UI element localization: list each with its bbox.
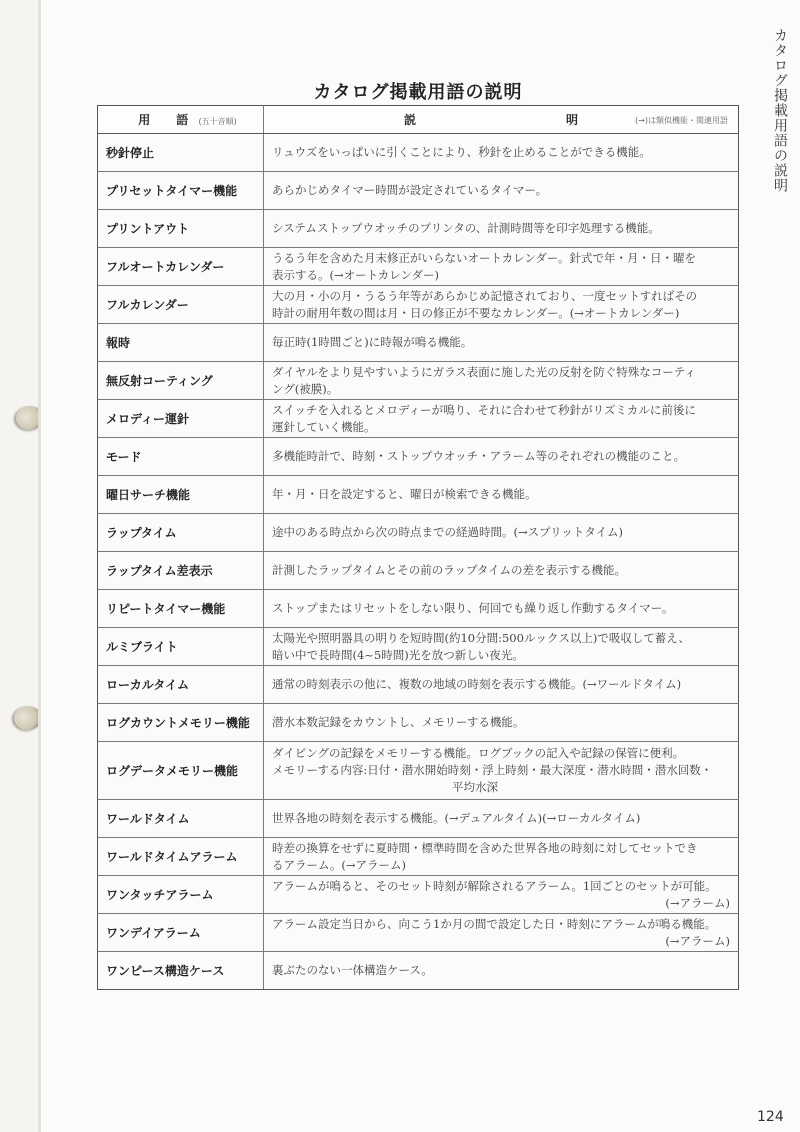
term-cell: 曜日サーチ機能 (98, 476, 264, 514)
description-line: 途中のある時点から次の時点までの経過時間。(→スプリットタイム) (272, 524, 730, 541)
description-cell: 時差の換算をせずに夏時間・標準時間を含めた世界各地の時刻に対してセットできるアラ… (264, 838, 739, 876)
description-line: ダイヤルをより見やすいようにガラス表面に施した光の反射を防ぐ特殊なコーティ (272, 364, 730, 381)
term-cell: モード (98, 438, 264, 476)
table-row: プリントアウトシステムストップウオッチのプリンタの、計測時間等を印字処理する機能… (98, 210, 739, 248)
description-line: 時計の耐用年数の間は月・日の修正が不要なカレンダー。(→オートカレンダー) (272, 305, 730, 322)
description-cell: 多機能時計で、時刻・ストップウオッチ・アラーム等のそれぞれの機能のこと。 (264, 438, 739, 476)
binder-strip (0, 0, 38, 1132)
table-header-row: 用語 (五十音順) 説明 (→)は類似機能・関連用語 (98, 106, 739, 134)
table-row: ログデータメモリー機能ダイビングの記録をメモリーする機能。ログブックの記入や記録… (98, 742, 739, 800)
side-index-tab: カタログ掲載用語の説明 (770, 28, 790, 193)
table-row: ワールドタイム世界各地の時刻を表示する機能。(→デュアルタイム)(→ローカルタイ… (98, 800, 739, 838)
term-cell: プリントアウト (98, 210, 264, 248)
description-line: (→アラーム) (272, 933, 730, 950)
table-row: ログカウントメモリー機能潜水本数記録をカウントし、メモリーする機能。 (98, 704, 739, 742)
description-line: システムストップウオッチのプリンタの、計測時間等を印字処理する機能。 (272, 220, 730, 237)
page-title: カタログ掲載用語の説明 (0, 78, 800, 104)
table-row: 報時毎正時(1時間ごと)に時報が鳴る機能。 (98, 324, 739, 362)
table-row: ルミブライト太陽光や照明器具の明りを短時間(約10分間:500ルックス以上)で吸… (98, 628, 739, 666)
description-cell: アラームが鳴ると、そのセット時刻が解除されるアラーム。1回ごとのセットが可能。(… (264, 876, 739, 914)
term-cell: ログデータメモリー機能 (98, 742, 264, 800)
term-cell: ルミブライト (98, 628, 264, 666)
table-row: メロディー運針スイッチを入れるとメロディーが鳴り、それに合わせて秒針がリズミカル… (98, 400, 739, 438)
description-line: るアラーム。(→アラーム) (272, 857, 730, 874)
description-line: 暗い中で長時間(4~5時間)光を放つ新しい夜光。 (272, 647, 730, 664)
description-line: ストップまたはリセットをしない限り、何回でも繰り返し作動するタイマー。 (272, 600, 730, 617)
description-line: 年・月・日を設定すると、曜日が検索できる機能。 (272, 486, 730, 503)
description-line: うるう年を含めた月末修正がいらないオートカレンダー。針式で年・月・日・曜を (272, 250, 730, 267)
table-row: フルカレンダー大の月・小の月・うるう年等があらかじめ記憶されており、一度セットす… (98, 286, 739, 324)
term-cell: ワンタッチアラーム (98, 876, 264, 914)
description-cell: 年・月・日を設定すると、曜日が検索できる機能。 (264, 476, 739, 514)
table-row: 曜日サーチ機能年・月・日を設定すると、曜日が検索できる機能。 (98, 476, 739, 514)
table-row: ローカルタイム通常の時刻表示の他に、複数の地域の時刻を表示する機能。(→ワールド… (98, 666, 739, 704)
table-row: ワンタッチアラームアラームが鳴ると、そのセット時刻が解除されるアラーム。1回ごと… (98, 876, 739, 914)
table-row: プリセットタイマー機能あらかじめタイマー時間が設定されているタイマー。 (98, 172, 739, 210)
description-cell: うるう年を含めた月末修正がいらないオートカレンダー。針式で年・月・日・曜を表示す… (264, 248, 739, 286)
term-cell: ラップタイム (98, 514, 264, 552)
term-cell: フルカレンダー (98, 286, 264, 324)
description-cell: 途中のある時点から次の時点までの経過時間。(→スプリットタイム) (264, 514, 739, 552)
description-cell: 通常の時刻表示の他に、複数の地域の時刻を表示する機能。(→ワールドタイム) (264, 666, 739, 704)
description-cell: 毎正時(1時間ごと)に時報が鳴る機能。 (264, 324, 739, 362)
term-cell: ワールドタイムアラーム (98, 838, 264, 876)
description-line: 表示する。(→オートカレンダー) (272, 267, 730, 284)
table-row: ワンデイアラームアラーム設定当日から、向こう1か月の間で設定した日・時刻にアラー… (98, 914, 739, 952)
description-line: 時差の換算をせずに夏時間・標準時間を含めた世界各地の時刻に対してセットでき (272, 840, 730, 857)
term-cell: ログカウントメモリー機能 (98, 704, 264, 742)
description-line: 潜水本数記録をカウントし、メモリーする機能。 (272, 714, 730, 731)
description-line: 大の月・小の月・うるう年等があらかじめ記憶されており、一度セットすればその (272, 288, 730, 305)
description-line: リュウズをいっぱいに引くことにより、秒針を止めることができる機能。 (272, 144, 730, 161)
table-row: 秒針停止リュウズをいっぱいに引くことにより、秒針を止めることができる機能。 (98, 134, 739, 172)
description-line: メモリーする内容:日付・潜水開始時刻・浮上時刻・最大深度・潜水時間・潜水回数・ (272, 762, 730, 779)
table-row: ラップタイム途中のある時点から次の時点までの経過時間。(→スプリットタイム) (98, 514, 739, 552)
description-line: ング(被膜)。 (272, 381, 730, 398)
term-cell: プリセットタイマー機能 (98, 172, 264, 210)
term-cell: ローカルタイム (98, 666, 264, 704)
description-line: アラーム設定当日から、向こう1か月の間で設定した日・時刻にアラームが鳴る機能。 (272, 916, 730, 933)
description-line: 通常の時刻表示の他に、複数の地域の時刻を表示する機能。(→ワールドタイム) (272, 676, 730, 693)
glossary-body: 秒針停止リュウズをいっぱいに引くことにより、秒針を止めることができる機能。プリセ… (98, 134, 739, 990)
description-cell: 計測したラップタイムとその前のラップタイムの差を表示する機能。 (264, 552, 739, 590)
column-header-description: 説明 (→)は類似機能・関連用語 (264, 106, 739, 134)
description-cell: ダイヤルをより見やすいようにガラス表面に施した光の反射を防ぐ特殊なコーティング(… (264, 362, 739, 400)
description-cell: スイッチを入れるとメロディーが鳴り、それに合わせて秒針がリズミカルに前後に運針し… (264, 400, 739, 438)
description-cell: 太陽光や照明器具の明りを短時間(約10分間:500ルックス以上)で吸収して蓄え、… (264, 628, 739, 666)
description-line: 太陽光や照明器具の明りを短時間(約10分間:500ルックス以上)で吸収して蓄え、 (272, 630, 730, 647)
description-cell: ストップまたはリセットをしない限り、何回でも繰り返し作動するタイマー。 (264, 590, 739, 628)
description-cell: システムストップウオッチのプリンタの、計測時間等を印字処理する機能。 (264, 210, 739, 248)
table-row: ワンピース構造ケース裏ぶたのない一体構造ケース。 (98, 952, 739, 990)
term-cell: ラップタイム差表示 (98, 552, 264, 590)
description-line: 多機能時計で、時刻・ストップウオッチ・アラーム等のそれぞれの機能のこと。 (272, 448, 730, 465)
description-line: 裏ぶたのない一体構造ケース。 (272, 962, 730, 979)
description-cell: 潜水本数記録をカウントし、メモリーする機能。 (264, 704, 739, 742)
term-cell: 無反射コーティング (98, 362, 264, 400)
table-row: フルオートカレンダーうるう年を含めた月末修正がいらないオートカレンダー。針式で年… (98, 248, 739, 286)
term-cell: リピートタイマー機能 (98, 590, 264, 628)
description-line: 世界各地の時刻を表示する機能。(→デュアルタイム)(→ローカルタイム) (272, 810, 730, 827)
description-cell: アラーム設定当日から、向こう1か月の間で設定した日・時刻にアラームが鳴る機能。(… (264, 914, 739, 952)
table-row: モード多機能時計で、時刻・ストップウオッチ・アラーム等のそれぞれの機能のこと。 (98, 438, 739, 476)
description-cell: ダイビングの記録をメモリーする機能。ログブックの記入や記録の保管に便利。メモリー… (264, 742, 739, 800)
table-row: ワールドタイムアラーム時差の換算をせずに夏時間・標準時間を含めた世界各地の時刻に… (98, 838, 739, 876)
table-row: 無反射コーティングダイヤルをより見やすいようにガラス表面に施した光の反射を防ぐ特… (98, 362, 739, 400)
term-cell: フルオートカレンダー (98, 248, 264, 286)
description-line: アラームが鳴ると、そのセット時刻が解除されるアラーム。1回ごとのセットが可能。 (272, 878, 730, 895)
description-line: ダイビングの記録をメモリーする機能。ログブックの記入や記録の保管に便利。 (272, 745, 730, 762)
term-cell: 秒針停止 (98, 134, 264, 172)
description-cell: 世界各地の時刻を表示する機能。(→デュアルタイム)(→ローカルタイム) (264, 800, 739, 838)
description-line: 毎正時(1時間ごと)に時報が鳴る機能。 (272, 334, 730, 351)
description-line: スイッチを入れるとメロディーが鳴り、それに合わせて秒針がリズミカルに前後に (272, 402, 730, 419)
description-line: あらかじめタイマー時間が設定されているタイマー。 (272, 182, 730, 199)
description-cell: リュウズをいっぱいに引くことにより、秒針を止めることができる機能。 (264, 134, 739, 172)
description-cell: 裏ぶたのない一体構造ケース。 (264, 952, 739, 990)
column-header-term-note: (五十音順) (198, 117, 236, 126)
description-cell: あらかじめタイマー時間が設定されているタイマー。 (264, 172, 739, 210)
term-cell: メロディー運針 (98, 400, 264, 438)
description-line: 計測したラップタイムとその前のラップタイムの差を表示する機能。 (272, 562, 730, 579)
term-cell: ワンピース構造ケース (98, 952, 264, 990)
column-header-description-note: (→)は類似機能・関連用語 (635, 115, 728, 126)
term-cell: 報時 (98, 324, 264, 362)
glossary-table: 用語 (五十音順) 説明 (→)は類似機能・関連用語 秒針停止リュウズをいっぱい… (97, 105, 739, 990)
description-cell: 大の月・小の月・うるう年等があらかじめ記憶されており、一度セットすればその時計の… (264, 286, 739, 324)
column-header-term: 用語 (五十音順) (98, 106, 264, 134)
term-cell: ワールドタイム (98, 800, 264, 838)
description-line: 運針していく機能。 (272, 419, 730, 436)
description-line: (→アラーム) (272, 895, 730, 912)
page-number: 124 (757, 1109, 784, 1125)
term-cell: ワンデイアラーム (98, 914, 264, 952)
table-row: ラップタイム差表示計測したラップタイムとその前のラップタイムの差を表示する機能。 (98, 552, 739, 590)
description-line: 平均水深 (272, 779, 730, 796)
table-row: リピートタイマー機能ストップまたはリセットをしない限り、何回でも繰り返し作動する… (98, 590, 739, 628)
